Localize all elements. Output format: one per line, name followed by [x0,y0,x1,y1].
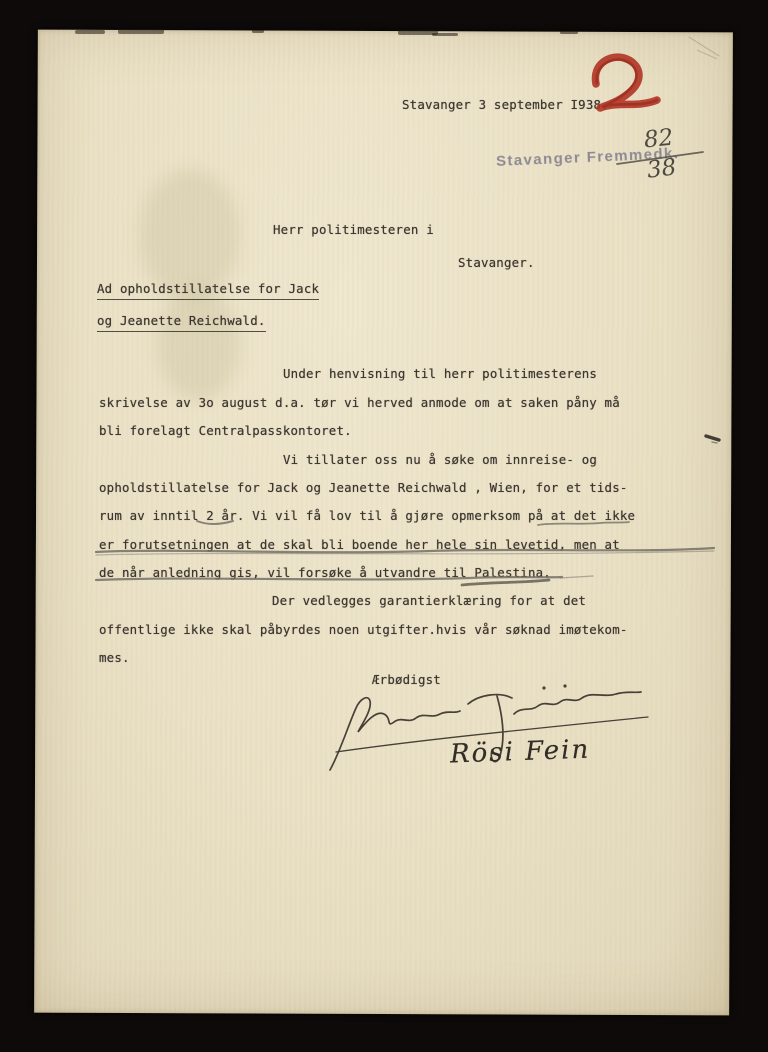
recipient-line: Stavanger. [458,255,535,270]
journal-number-bottom: 38 [646,154,678,183]
paper-edge-speck [560,31,578,34]
closing-salutation: Ærbødigst [372,672,441,687]
body-line: de når anledning gis, vil forsøke å utva… [99,565,551,580]
paper-edge-speck [118,29,164,34]
body-line: skrivelse av 3o august d.a. tør vi herve… [99,395,620,410]
paper-edge-speck [252,30,264,33]
signature-rosi-fein: Rösi Fein [450,735,591,770]
body-line: bli forelagt Centralpasskontoret. [99,423,352,438]
subject-line: og Jeanette Reichwald. [97,313,266,328]
faint-watermark [158,290,240,400]
body-line: Der vedlegges garantierklæring for at de… [272,593,586,608]
subject-line: Ad opholdstillatelse for Jack [97,281,319,296]
body-line: offentlige ikke skal påbyrdes noen utgif… [99,622,628,637]
dateline: Stavanger 3 september I938. [402,97,609,112]
subject-line-text: og Jeanette Reichwald. [97,313,266,332]
body-line: er forutsetningen at de skal bli boende … [99,537,620,552]
subject-line-text: Ad opholdstillatelse for Jack [97,281,319,300]
body-line: mes. [99,650,130,665]
body-line: Vi tillater oss nu å søke om innreise- o… [283,452,597,467]
paper-edge-speck [75,30,105,34]
body-line: Under henvisning til herr politimesteren… [283,366,597,381]
body-line: rum av inntil 2 år. Vi vil få lov til å … [99,508,635,523]
scanned-letter-page: Stavanger 3 september I938. Stavanger Fr… [0,0,768,1052]
journal-number-top: 82 [643,125,675,154]
recipient-line: Herr politimesteren i [273,222,434,237]
paper-edge-speck [432,33,458,36]
body-line: opholdstillatelse for Jack og Jeanette R… [99,480,628,495]
